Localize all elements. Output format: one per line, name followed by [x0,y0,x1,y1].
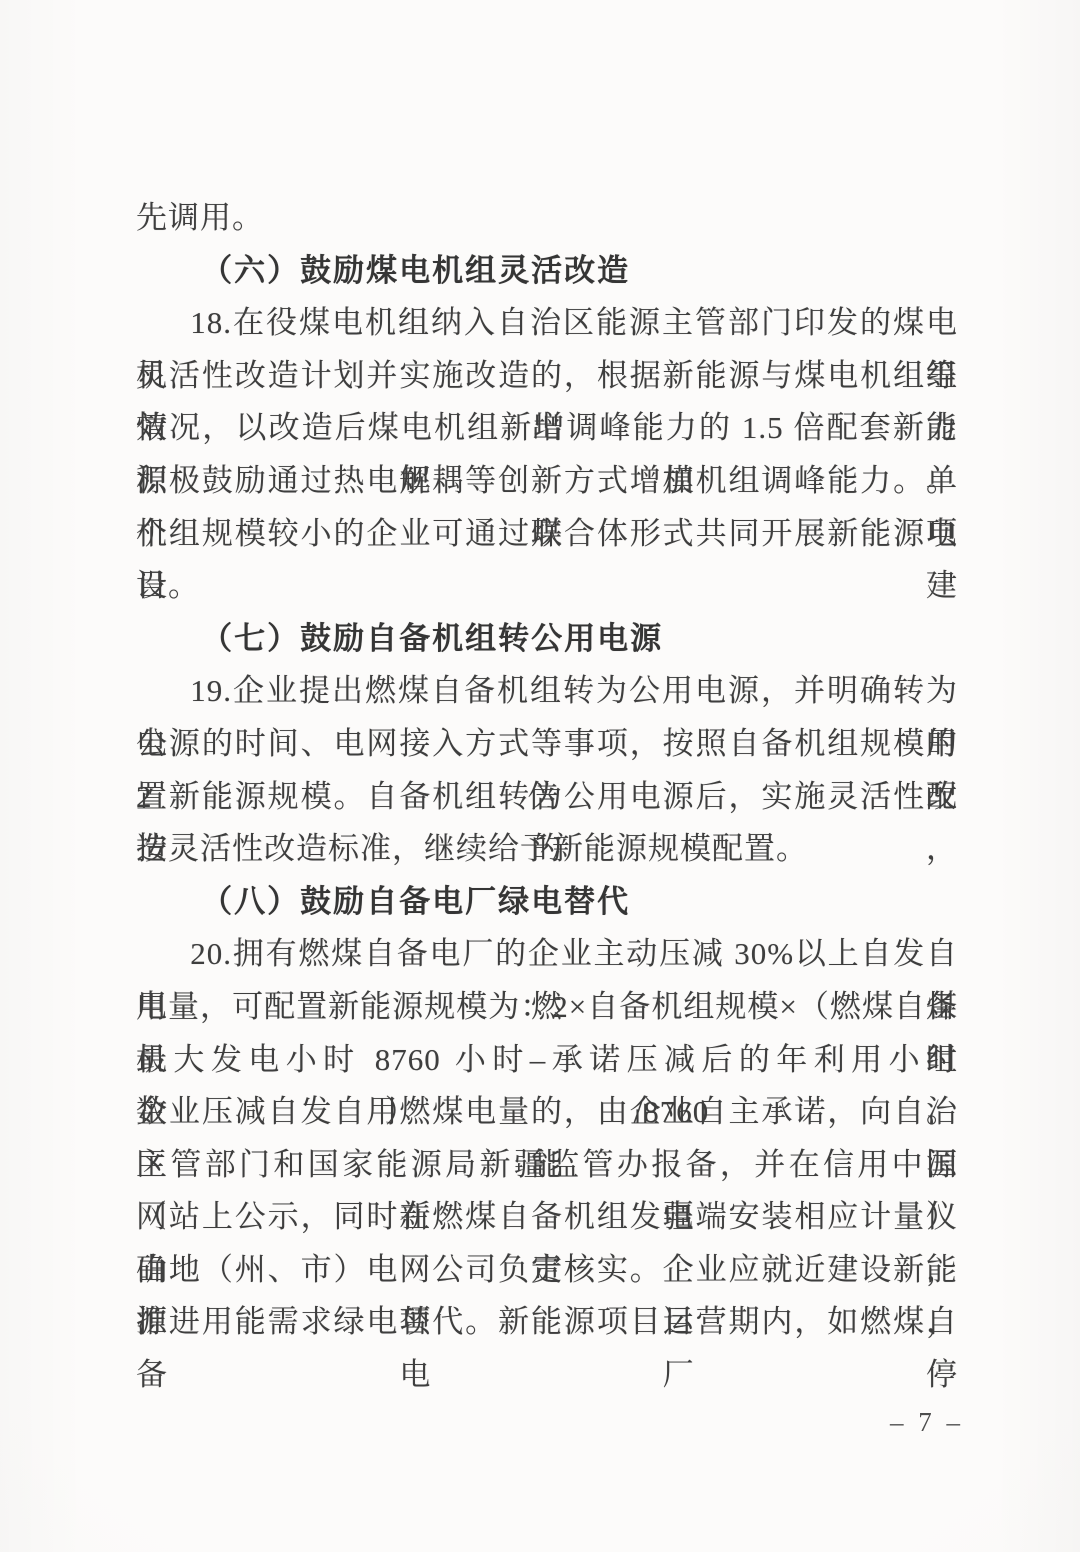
document-body: 先调用。 （六）鼓励煤电机组灵活改造 18.在役煤电机组纳入自治区能源主管部门印… [136,192,958,1349]
text-line: 18.在役煤电机组纳入自治区能源主管部门印发的煤电机组 [136,297,958,350]
text-line: 推进用能需求绿电替代。新能源项目运营期内，如燃煤自备电厂停 [136,1296,958,1349]
text-line: 电量，可配置新能源规模为：2×自备机组规模×（燃煤自备机组 [136,981,958,1034]
text-line: 网站上公示，同时在燃煤自备机组发电端安装相应计量仪确定， [136,1191,958,1244]
page-number: – 7 – [872,1402,982,1442]
text-line: 企业压减自发自用燃煤电量的，由企业自主承诺，向自治区能源 [136,1086,958,1139]
text-line: 由地（州、市）电网公司负责核实。企业应就近建设新能源项目， [136,1244,958,1297]
text-line: 19.企业提出燃煤自备机组转为公用电源，并明确转为公用 [136,665,958,718]
document-page: 先调用。 （六）鼓励煤电机组灵活改造 18.在役煤电机组纳入自治区能源主管部门印… [0,0,1080,1552]
text-line: 主管部门和国家能源局新疆监管办报备，并在信用中国（新疆） [136,1139,958,1192]
text-line: 情况，以改造后煤电机组新增调峰能力的 1.5 倍配套新能源规模。 [136,402,958,455]
section-heading: （七）鼓励自备机组转公用电源 [136,613,958,666]
text-line: 积极鼓励通过热电解耦等创新方式增加机组调峰能力。单个煤电 [136,455,958,508]
text-line: 灵活性改造计划并实施改造的，根据新能源与煤电机组等效出力 [136,350,958,403]
text-line: 最大发电小时 8760 小时–承诺压减后的年利用小时数）/8760。 [136,1034,958,1087]
section-heading: （八）鼓励自备电厂绿电替代 [136,876,958,929]
text-line: 20.拥有燃煤自备电厂的企业主动压减 30%以上自发自用燃煤 [136,928,958,981]
text-line: 电源的时间、电网接入方式等事项，按照自备机组规模的 2 倍配 [136,718,958,771]
section-heading: （六）鼓励煤电机组灵活改造 [136,245,958,298]
text-line: 机组规模较小的企业可通过联合体形式共同开展新能源项目建 [136,508,958,561]
text-line: 先调用。 [136,192,958,245]
text-line: 置新能源规模。自备机组转为公用电源后，实施灵活性改造的， [136,771,958,824]
